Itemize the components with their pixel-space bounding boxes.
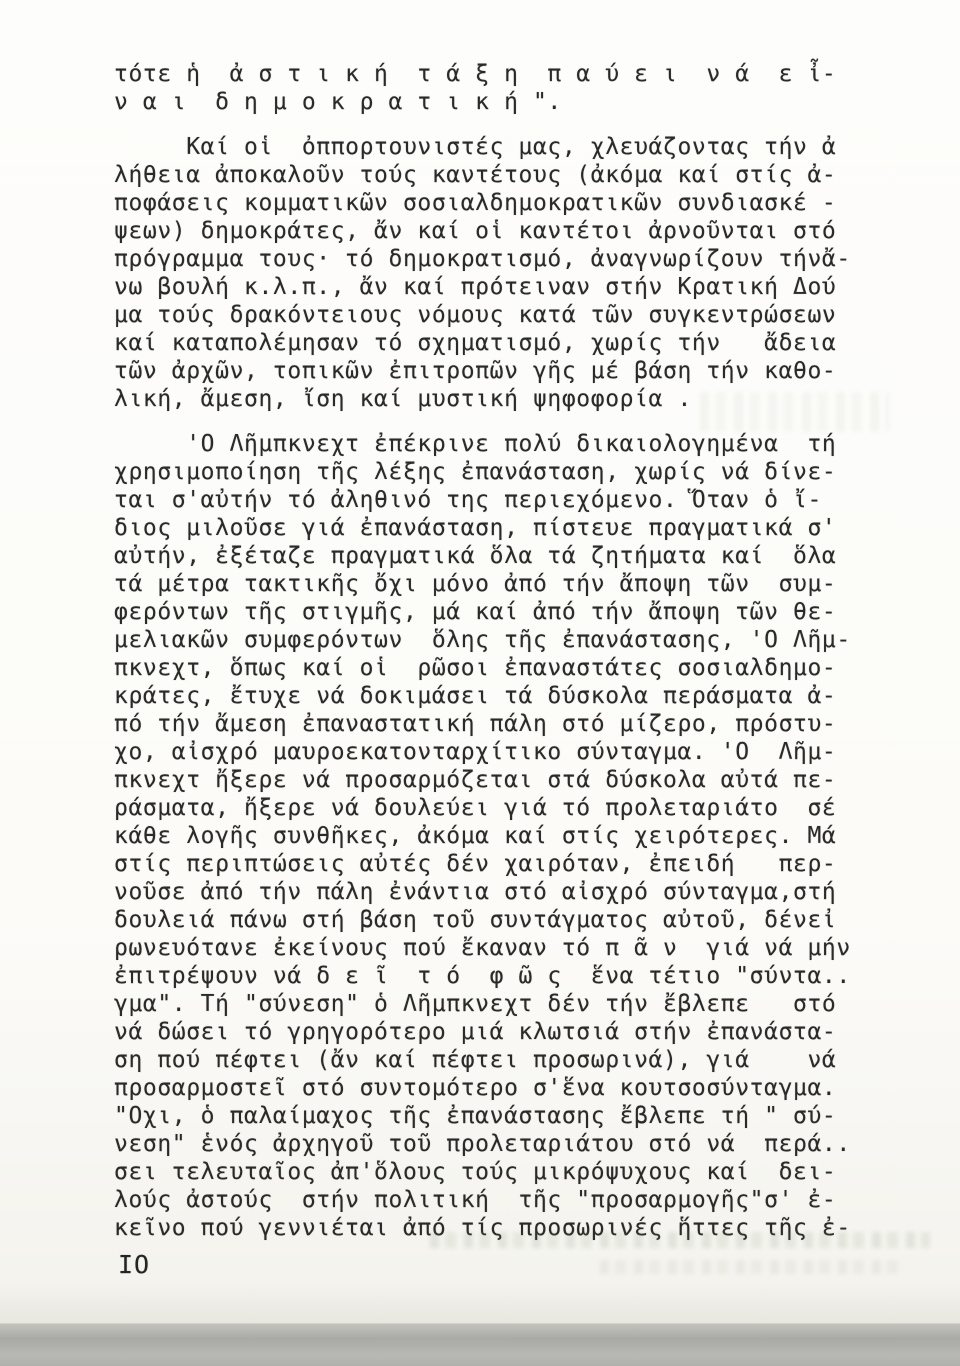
text-line: προσαρμοστεῖ στό συντομότερο σ'ἕνα κουτσ… (114, 1074, 851, 1102)
text-line: 'Ο Λῆμπκνεχτ ἐπέκρινε πολύ δικαιολογημέν… (114, 430, 851, 458)
text-line: μελιακῶν συμφερόντων ὅλης τῆς ἐπανάσταση… (114, 626, 851, 654)
text-line: ράσματα, ἤξερε νά δουλεύει γιά τό προλετ… (114, 794, 851, 822)
scanner-background-strip (0, 1323, 960, 1366)
text-line: πκνεχτ, ὅπως καί οἱ ρῶσοι ἐπαναστάτες σο… (114, 654, 851, 682)
text-line: νά δώσει τό γρηγορότερο μιά κλωτσιά στήν… (114, 1018, 851, 1046)
text-line: ἐπιτρέψουν νά δ ε ῖ τ ό φ ῶ ς ἕνα τέτιο … (114, 962, 851, 990)
ink-bleedthrough-smudge (600, 1260, 900, 1274)
text-line: τῶν ἀρχῶν, τοπικῶν ἐπιτροπῶν γῆς μέ βάση… (114, 357, 851, 385)
text-line: ψεων) δημοκράτες, ἄν καί οἱ καντέτοι ἀρν… (114, 217, 851, 245)
text-line: νω βουλή κ.λ.π., ἄν καί πρότειναν στήν Κ… (114, 273, 851, 301)
text-line: λούς ἀστούς στήν πολιτική τῆς "προσαρμογ… (114, 1186, 851, 1214)
text-line: νοῦσε ἀπό τήν πάλη ἐνάντια στό αἰσχρό σύ… (114, 878, 851, 906)
text-line: πό τήν ἄμεση ἐπαναστατική πάλη στό μίζερ… (114, 710, 851, 738)
text-line: χρησιμοποίηση τῆς λέξης ἐπανάσταση, χωρί… (114, 458, 851, 486)
text-line: σει τελευταῖος ἀπ'ὅλους τούς μικρόψυχους… (114, 1158, 851, 1186)
text-line: λήθεια ἀποκαλοῦν τούς καντέτους (ἀκόμα κ… (114, 161, 851, 189)
text-line: στίς περιπτώσεις αὐτές δέν χαιρόταν, ἐπε… (114, 850, 851, 878)
text-line: ν α ι δ η μ ο κ ρ α τ ι κ ή ". (114, 88, 851, 116)
text-line: ται σ'αὐτήν τό ἀληθινό της περιεχόμενο. … (114, 486, 851, 514)
text-line: διος μιλοῦσε γιά ἐπανάσταση, πίστευε πρα… (114, 514, 851, 542)
text-line: ση πού πέφτει (ἄν καί πέφτει προσωρινά),… (114, 1046, 851, 1074)
text-line: λική, ἄμεση, ἴση καί μυστική ψηφοφορία . (114, 385, 851, 413)
body-text: τότε ἡ ἀ σ τ ι κ ή τ ά ξ η π α ύ ε ι ν ά… (114, 60, 851, 1242)
text-line: μα τούς δρακόντειους νόμους κατά τῶν συγ… (114, 301, 851, 329)
text-line: ρωνευότανε ἐκείνους πού ἔκαναν τό π ᾶ ν … (114, 934, 851, 962)
text-line: φερόντων τῆς στιγμῆς, μά καί ἀπό τήν ἄπο… (114, 598, 851, 626)
paragraph: τότε ἡ ἀ σ τ ι κ ή τ ά ξ η π α ύ ε ι ν ά… (114, 60, 851, 116)
text-line: κράτες, ἔτυχε νά δοκιμάσει τά δύσκολα πε… (114, 682, 851, 710)
text-line: πρόγραμμα τους· τό δημοκρατισμό, ἀναγνωρ… (114, 245, 851, 273)
text-line: κάθε λογῆς συνθῆκες, ἀκόμα καί στίς χειρ… (114, 822, 851, 850)
paragraph: Καί οἱ ὀππορτουνιστές μας, χλευάζοντας τ… (114, 133, 851, 413)
text-line: πκνεχτ ἤξερε νά προσαρμόζεται στά δύσκολ… (114, 766, 851, 794)
page-number: ΙΟ (118, 1250, 150, 1279)
text-line: Καί οἱ ὀππορτουνιστές μας, χλευάζοντας τ… (114, 133, 851, 161)
text-line: αὐτήν, ἐξέταζε πραγματικά ὅλα τά ζητήματ… (114, 542, 851, 570)
text-line: δουλειά πάνω στή βάση τοῦ συντάγματος αὐ… (114, 906, 851, 934)
text-line: χο, αἰσχρό μαυροεκατονταρχίτικο σύνταγμα… (114, 738, 851, 766)
text-line: τότε ἡ ἀ σ τ ι κ ή τ ά ξ η π α ύ ε ι ν ά… (114, 60, 851, 88)
text-line: νεση" ἑνός ἀρχηγοῦ τοῦ προλεταριάτου στό… (114, 1130, 851, 1158)
text-line: "Οχι, ὁ παλαίμαχος τῆς ἐπανάστασης ἔβλεπ… (114, 1102, 851, 1130)
scanned-document-page: τότε ἡ ἀ σ τ ι κ ή τ ά ξ η π α ύ ε ι ν ά… (0, 0, 960, 1366)
text-line: κεῖνο πού γεννιέται ἀπό τίς προσωρινές ἥ… (114, 1214, 851, 1242)
text-line: καί καταπολέμησαν τό σχηματισμό, χωρίς τ… (114, 329, 851, 357)
paper-sheet: τότε ἡ ἀ σ τ ι κ ή τ ά ξ η π α ύ ε ι ν ά… (0, 0, 960, 1324)
text-line: τά μέτρα τακτικῆς ὄχι μόνο ἀπό τήν ἄποψη… (114, 570, 851, 598)
paragraph: 'Ο Λῆμπκνεχτ ἐπέκρινε πολύ δικαιολογημέν… (114, 430, 851, 1242)
text-line: ποφάσεις κομματικῶν σοσιαλδημοκρατικῶν σ… (114, 189, 851, 217)
text-line: γμα". Τή "σύνεση" ὁ Λῆμπκνεχτ δέν τήν ἔβ… (114, 990, 851, 1018)
